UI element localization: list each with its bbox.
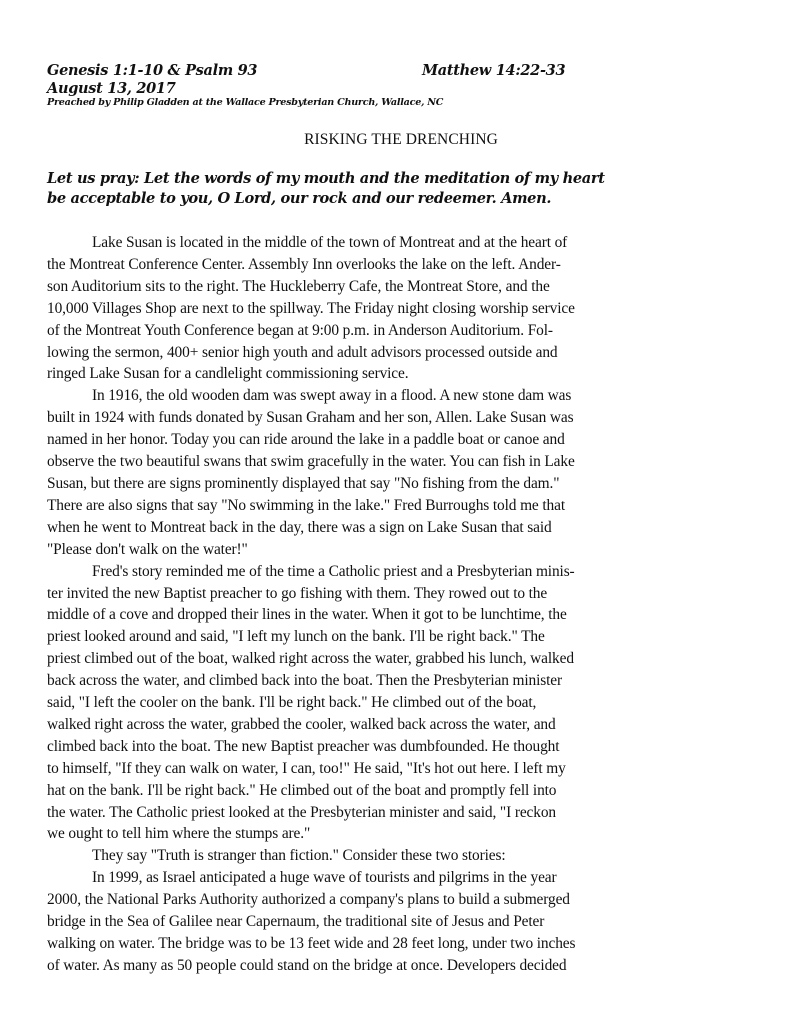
prayer-line: Let us pray: Let the words of my mouth a… (47, 169, 747, 189)
paragraph-line: priest climbed out of the boat, walked r… (47, 648, 747, 670)
paragraph-line: of water. As many as 50 people could sta… (47, 955, 747, 977)
paragraph-line: built in 1924 with funds donated by Susa… (47, 407, 747, 429)
paragraph-line: middle of a cove and dropped their lines… (47, 604, 747, 626)
paragraph-line: Fred's story reminded me of the time a C… (47, 561, 747, 583)
paragraph-line: In 1999, as Israel anticipated a huge wa… (47, 867, 747, 889)
paragraph-line: ter invited the new Baptist preacher to … (47, 583, 747, 605)
paragraph-line: bridge in the Sea of Galilee near Capern… (47, 911, 747, 933)
paragraph-line: hat on the bank. I'll be right back." He… (47, 780, 747, 802)
sermon-title: RISKING THE DRENCHING (47, 131, 747, 149)
paragraph-line: "Please don't walk on the water!" (47, 539, 747, 561)
paragraph-line: son Auditorium sits to the right. The Hu… (47, 276, 747, 298)
paragraph-line: climbed back into the boat. The new Bapt… (47, 736, 747, 758)
scripture-reference-right: Matthew 14:22-33 (422, 62, 565, 80)
paragraph-lake-susan: Lake Susan is located in the middle of t… (47, 232, 747, 385)
paragraph-galilee-bridge: In 1999, as Israel anticipated a huge wa… (47, 867, 747, 977)
paragraph-truth-stranger: They say "Truth is stranger than fiction… (47, 845, 747, 867)
paragraph-line: back across the water, and climbed back … (47, 670, 747, 692)
paragraph-line: lowing the sermon, 400+ senior high yout… (47, 342, 747, 364)
paragraph-line: They say "Truth is stranger than fiction… (47, 845, 747, 867)
paragraph-line: when he went to Montreat back in the day… (47, 517, 747, 539)
paragraph-line: of the Montreat Youth Conference began a… (47, 320, 747, 342)
document-page: Genesis 1:1-10 & Psalm 93 Matthew 14:22-… (47, 62, 747, 977)
paragraph-fishing-joke: Fred's story reminded me of the time a C… (47, 561, 747, 846)
prayer-line: be acceptable to you, O Lord, our rock a… (47, 189, 747, 209)
opening-prayer: Let us pray: Let the words of my mouth a… (47, 169, 747, 209)
paragraph-dam-history: In 1916, the old wooden dam was swept aw… (47, 385, 747, 560)
paragraph-line: priest looked around and said, "I left m… (47, 626, 747, 648)
paragraph-line: to himself, "If they can walk on water, … (47, 758, 747, 780)
sermon-body: Lake Susan is located in the middle of t… (47, 232, 747, 977)
paragraph-line: ringed Lake Susan for a candlelight comm… (47, 363, 747, 385)
paragraph-line: In 1916, the old wooden dam was swept aw… (47, 385, 747, 407)
paragraph-line: 10,000 Villages Shop are next to the spi… (47, 298, 747, 320)
paragraph-line: the water. The Catholic priest looked at… (47, 802, 747, 824)
paragraph-line: we ought to tell him where the stumps ar… (47, 823, 747, 845)
sermon-date: August 13, 2017 (47, 80, 747, 97)
paragraph-line: said, "I left the cooler on the bank. I'… (47, 692, 747, 714)
paragraph-line: the Montreat Conference Center. Assembly… (47, 254, 747, 276)
paragraph-line: There are also signs that say "No swimmi… (47, 495, 747, 517)
paragraph-line: walking on water. The bridge was to be 1… (47, 933, 747, 955)
scripture-reference-left: Genesis 1:1-10 & Psalm 93 (47, 62, 422, 80)
paragraph-line: Susan, but there are signs prominently d… (47, 473, 747, 495)
paragraph-line: observe the two beautiful swans that swi… (47, 451, 747, 473)
preacher-credit: Preached by Philip Gladden at the Wallac… (47, 97, 747, 109)
paragraph-line: walked right across the water, grabbed t… (47, 714, 747, 736)
paragraph-line: named in her honor. Today you can ride a… (47, 429, 747, 451)
scripture-header: Genesis 1:1-10 & Psalm 93 Matthew 14:22-… (47, 62, 747, 80)
paragraph-line: Lake Susan is located in the middle of t… (47, 232, 747, 254)
paragraph-line: 2000, the National Parks Authority autho… (47, 889, 747, 911)
